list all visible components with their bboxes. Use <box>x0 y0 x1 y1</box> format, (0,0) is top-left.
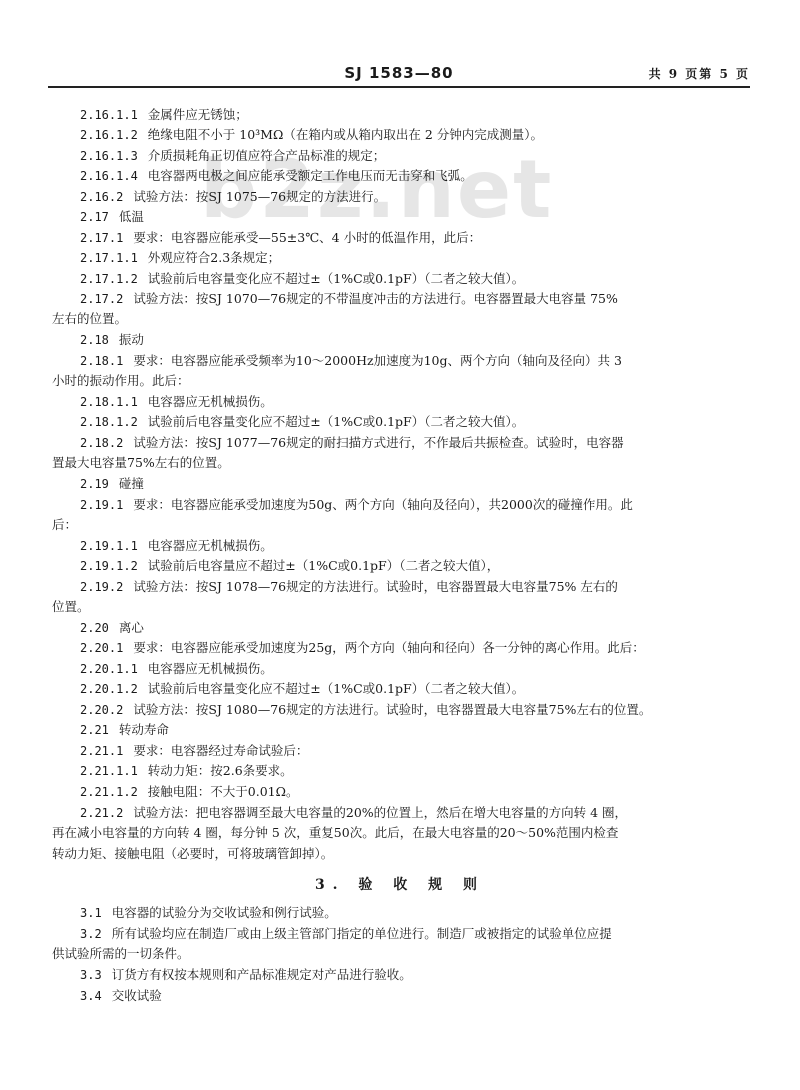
clause-number: 2.18 <box>80 331 109 349</box>
clause-text: 试验方法：把电容器调至最大电容量的20%的位置上，然后在增大电容量的方向转 4 … <box>133 805 627 820</box>
clause-line: 2.18.2试验方法：按SJ 1077—76规定的耐扫描方式进行，不作最后共振检… <box>80 434 624 452</box>
clause-line: 2.20离心 <box>80 619 144 637</box>
clause-text: 试验前后电容量变化应不超过±（1%C或0.1pF）（二者之较大值）。 <box>148 681 524 696</box>
clause-line: 2.16.2试验方法：按SJ 1075—76规定的方法进行。 <box>80 188 386 206</box>
clause-line: 2.21.1.2接触电阻：不大于0.01Ω。 <box>80 783 299 801</box>
clause-text: 供试验所需的一切条件。 <box>52 946 190 961</box>
clause-line: 2.17.1.1外观应符合2.3条规定； <box>80 249 280 267</box>
clause-number: 2.20.1.1 <box>80 660 138 678</box>
clause-number: 2.20.2 <box>80 701 123 719</box>
clause-line: 2.21.1要求：电容器经过寿命试验后： <box>80 742 308 760</box>
clause-line: 2.21.1.1转动力矩：按2.6条要求。 <box>80 762 293 780</box>
clause-line: 2.17.1要求：电容器应能承受—55±3℃、4 小时的低温作用，此后： <box>80 229 481 247</box>
clause-number: 3.3 <box>80 966 102 984</box>
clause-line: 3.4交收试验 <box>80 987 162 1005</box>
clause-number: 2.16.1.3 <box>80 147 138 165</box>
clause-number: 2.19 <box>80 475 109 493</box>
clause-text: 所有试验均应在制造厂或由上级主管部门指定的单位进行。制造厂或被指定的试验单位应提 <box>112 926 612 941</box>
clause-text: 试验前后电容量应不超过±（1%C或0.1pF）（二者之较大值）， <box>148 558 499 573</box>
clause-number: 2.17 <box>80 208 109 226</box>
clause-number: 2.17.1.2 <box>80 270 138 288</box>
clause-line: 2.20.2试验方法：按SJ 1080—76规定的方法进行。试验时，电容器置最大… <box>80 701 651 719</box>
section-title: 3. 验 收 规 则 <box>0 874 800 894</box>
clause-line: 2.18振动 <box>80 331 144 349</box>
clause-text: 试验方法：按SJ 1080—76规定的方法进行。试验时，电容器置最大电容量75%… <box>133 702 651 717</box>
clause-number: 2.18.2 <box>80 434 123 452</box>
clause-line: 2.16.1.3介质损耗角正切值应符合产品标准的规定； <box>80 147 385 165</box>
clause-number: 2.18.1.2 <box>80 413 138 431</box>
standard-code: SJ 1583—80 <box>48 64 750 82</box>
clause-text: 置最大电容量75%左右的位置。 <box>52 455 230 470</box>
clause-text: 离心 <box>119 620 144 635</box>
clause-line: 2.20.1.1电容器应无机械损伤。 <box>80 660 273 678</box>
clause-number: 2.19.1.2 <box>80 557 138 575</box>
clause-number: 2.18.1 <box>80 352 123 370</box>
clause-line: 2.16.1.2绝缘电阻不小于 10³MΩ（在箱内或从箱内取出在 2 分钟内完成… <box>80 126 543 144</box>
clause-line: 2.21转动寿命 <box>80 721 169 739</box>
clause-number: 2.16.2 <box>80 188 123 206</box>
clause-text: 转动力矩、接触电阻（必要时，可将玻璃管卸掉）。 <box>52 846 333 861</box>
clause-number: 2.16.1.2 <box>80 126 138 144</box>
clause-text: 试验方法：按SJ 1070—76规定的不带温度冲击的方法进行。电容器置最大电容量… <box>133 291 618 306</box>
clause-continuation: 位置。 <box>52 598 90 616</box>
clause-text: 振动 <box>119 332 144 347</box>
clause-continuation: 左右的位置。 <box>52 310 127 328</box>
clause-number: 3.1 <box>80 904 102 922</box>
clause-continuation: 转动力矩、接触电阻（必要时，可将玻璃管卸掉）。 <box>52 845 333 863</box>
clause-text: 电容器应无机械损伤。 <box>148 661 273 676</box>
header-divider <box>48 86 750 88</box>
clause-continuation: 置最大电容量75%左右的位置。 <box>52 454 230 472</box>
clause-text: 试验方法：按SJ 1078—76规定的方法进行。试验时，电容器置最大电容量75%… <box>133 579 618 594</box>
clause-text: 低温 <box>119 209 144 224</box>
clause-text: 左右的位置。 <box>52 311 127 326</box>
clause-text: 电容器两电极之间应能承受额定工作电压而无击穿和飞弧。 <box>148 168 473 183</box>
clause-number: 2.17.1.1 <box>80 249 138 267</box>
clause-text: 要求：电容器经过寿命试验后： <box>133 743 308 758</box>
clause-text: 试验前后电容量变化应不超过±（1%C或0.1pF）（二者之较大值）。 <box>148 271 524 286</box>
clause-line: 2.19.1要求：电容器应能承受加速度为50g、两个方向（轴向及径向），共200… <box>80 496 633 514</box>
clause-text: 试验方法：按SJ 1077—76规定的耐扫描方式进行，不作最后共振检查。试验时，… <box>133 435 623 450</box>
clause-line: 2.18.1要求：电容器应能承受频率为10～2000Hz加速度为10g、两个方向… <box>80 352 622 370</box>
clause-number: 2.21.1.2 <box>80 783 138 801</box>
clause-line: 2.20.1.2试验前后电容量变化应不超过±（1%C或0.1pF）（二者之较大值… <box>80 680 524 698</box>
clause-text: 电容器的试验分为交收试验和例行试验。 <box>112 905 337 920</box>
clause-number: 3.4 <box>80 987 102 1005</box>
clause-text: 转动寿命 <box>119 722 169 737</box>
clause-text: 要求：电容器应能承受频率为10～2000Hz加速度为10g、两个方向（轴向及径向… <box>133 353 622 368</box>
clause-number: 2.21.2 <box>80 804 123 822</box>
clause-line: 2.17低温 <box>80 208 144 226</box>
clause-text: 订货方有权按本规则和产品标准规定对产品进行验收。 <box>112 967 412 982</box>
clause-continuation: 小时的振动作用。此后： <box>52 372 190 390</box>
clause-text: 金属件应无锈蚀； <box>148 107 248 122</box>
clause-text: 小时的振动作用。此后： <box>52 373 190 388</box>
clause-text: 绝缘电阻不小于 10³MΩ（在箱内或从箱内取出在 2 分钟内完成测量）。 <box>148 127 543 142</box>
clause-text: 交收试验 <box>112 988 162 1003</box>
clause-continuation: 再在减小电容量的方向转 4 圈，每分钟 5 次，重复50次。此后，在最大电容量的… <box>52 824 618 842</box>
clause-line: 2.17.2试验方法：按SJ 1070—76规定的不带温度冲击的方法进行。电容器… <box>80 290 618 308</box>
clause-line: 2.19.1.1电容器应无机械损伤。 <box>80 537 273 555</box>
clause-number: 2.19.1 <box>80 496 123 514</box>
clause-line: 3.2所有试验均应在制造厂或由上级主管部门指定的单位进行。制造厂或被指定的试验单… <box>80 925 612 943</box>
clause-line: 2.17.1.2试验前后电容量变化应不超过±（1%C或0.1pF）（二者之较大值… <box>80 270 524 288</box>
clause-line: 2.19.2试验方法：按SJ 1078—76规定的方法进行。试验时，电容器置最大… <box>80 578 618 596</box>
page-header: SJ 1583—80 共 9 页第 5 页 <box>48 62 750 88</box>
clause-line: 2.16.1.1金属件应无锈蚀； <box>80 106 248 124</box>
clause-number: 2.21.1 <box>80 742 123 760</box>
page-info: 共 9 页第 5 页 <box>649 65 750 82</box>
clause-text: 再在减小电容量的方向转 4 圈，每分钟 5 次，重复50次。此后，在最大电容量的… <box>52 825 618 840</box>
clause-text: 试验方法：按SJ 1075—76规定的方法进行。 <box>133 189 386 204</box>
clause-number: 2.21.1.1 <box>80 762 138 780</box>
clause-line: 2.19.1.2试验前后电容量应不超过±（1%C或0.1pF）（二者之较大值）， <box>80 557 499 575</box>
clause-number: 2.18.1.1 <box>80 393 138 411</box>
clause-number: 2.19.2 <box>80 578 123 596</box>
clause-line: 2.19碰撞 <box>80 475 144 493</box>
clause-number: 2.20.1.2 <box>80 680 138 698</box>
clause-text: 电容器应无机械损伤。 <box>148 394 273 409</box>
clause-number: 2.16.1.1 <box>80 106 138 124</box>
clause-text: 后： <box>52 517 77 532</box>
clause-text: 要求：电容器应能承受加速度为50g、两个方向（轴向及径向），共2000次的碰撞作… <box>133 497 632 512</box>
clause-text: 转动力矩：按2.6条要求。 <box>148 763 293 778</box>
clause-text: 试验前后电容量变化应不超过±（1%C或0.1pF）（二者之较大值）。 <box>148 414 524 429</box>
clause-number: 2.20.1 <box>80 639 123 657</box>
clause-line: 2.21.2试验方法：把电容器调至最大电容量的20%的位置上，然后在增大电容量的… <box>80 804 627 822</box>
clause-number: 2.17.1 <box>80 229 123 247</box>
clause-number: 2.20 <box>80 619 109 637</box>
clause-line: 3.3订货方有权按本规则和产品标准规定对产品进行验收。 <box>80 966 412 984</box>
clause-line: 2.16.1.4电容器两电极之间应能承受额定工作电压而无击穿和飞弧。 <box>80 167 473 185</box>
clause-text: 外观应符合2.3条规定； <box>148 250 280 265</box>
clause-text: 介质损耗角正切值应符合产品标准的规定； <box>148 148 386 163</box>
clause-text: 要求：电容器应能承受加速度为25g，两个方向（轴向和径向）各一分钟的离心作用。此… <box>133 640 644 655</box>
clause-number: 2.19.1.1 <box>80 537 138 555</box>
clause-text: 接触电阻：不大于0.01Ω。 <box>148 784 299 799</box>
clause-continuation: 供试验所需的一切条件。 <box>52 945 190 963</box>
clause-number: 2.21 <box>80 721 109 739</box>
clause-text: 电容器应无机械损伤。 <box>148 538 273 553</box>
clause-text: 要求：电容器应能承受—55±3℃、4 小时的低温作用，此后： <box>133 230 481 245</box>
clause-text: 位置。 <box>52 599 90 614</box>
clause-text: 碰撞 <box>119 476 144 491</box>
clause-number: 2.17.2 <box>80 290 123 308</box>
clause-continuation: 后： <box>52 516 77 534</box>
clause-line: 2.18.1.1电容器应无机械损伤。 <box>80 393 273 411</box>
clause-line: 3.1电容器的试验分为交收试验和例行试验。 <box>80 904 337 922</box>
clause-line: 2.18.1.2试验前后电容量变化应不超过±（1%C或0.1pF）（二者之较大值… <box>80 413 524 431</box>
clause-number: 3.2 <box>80 925 102 943</box>
clause-number: 2.16.1.4 <box>80 167 138 185</box>
clause-line: 2.20.1要求：电容器应能承受加速度为25g，两个方向（轴向和径向）各一分钟的… <box>80 639 645 657</box>
